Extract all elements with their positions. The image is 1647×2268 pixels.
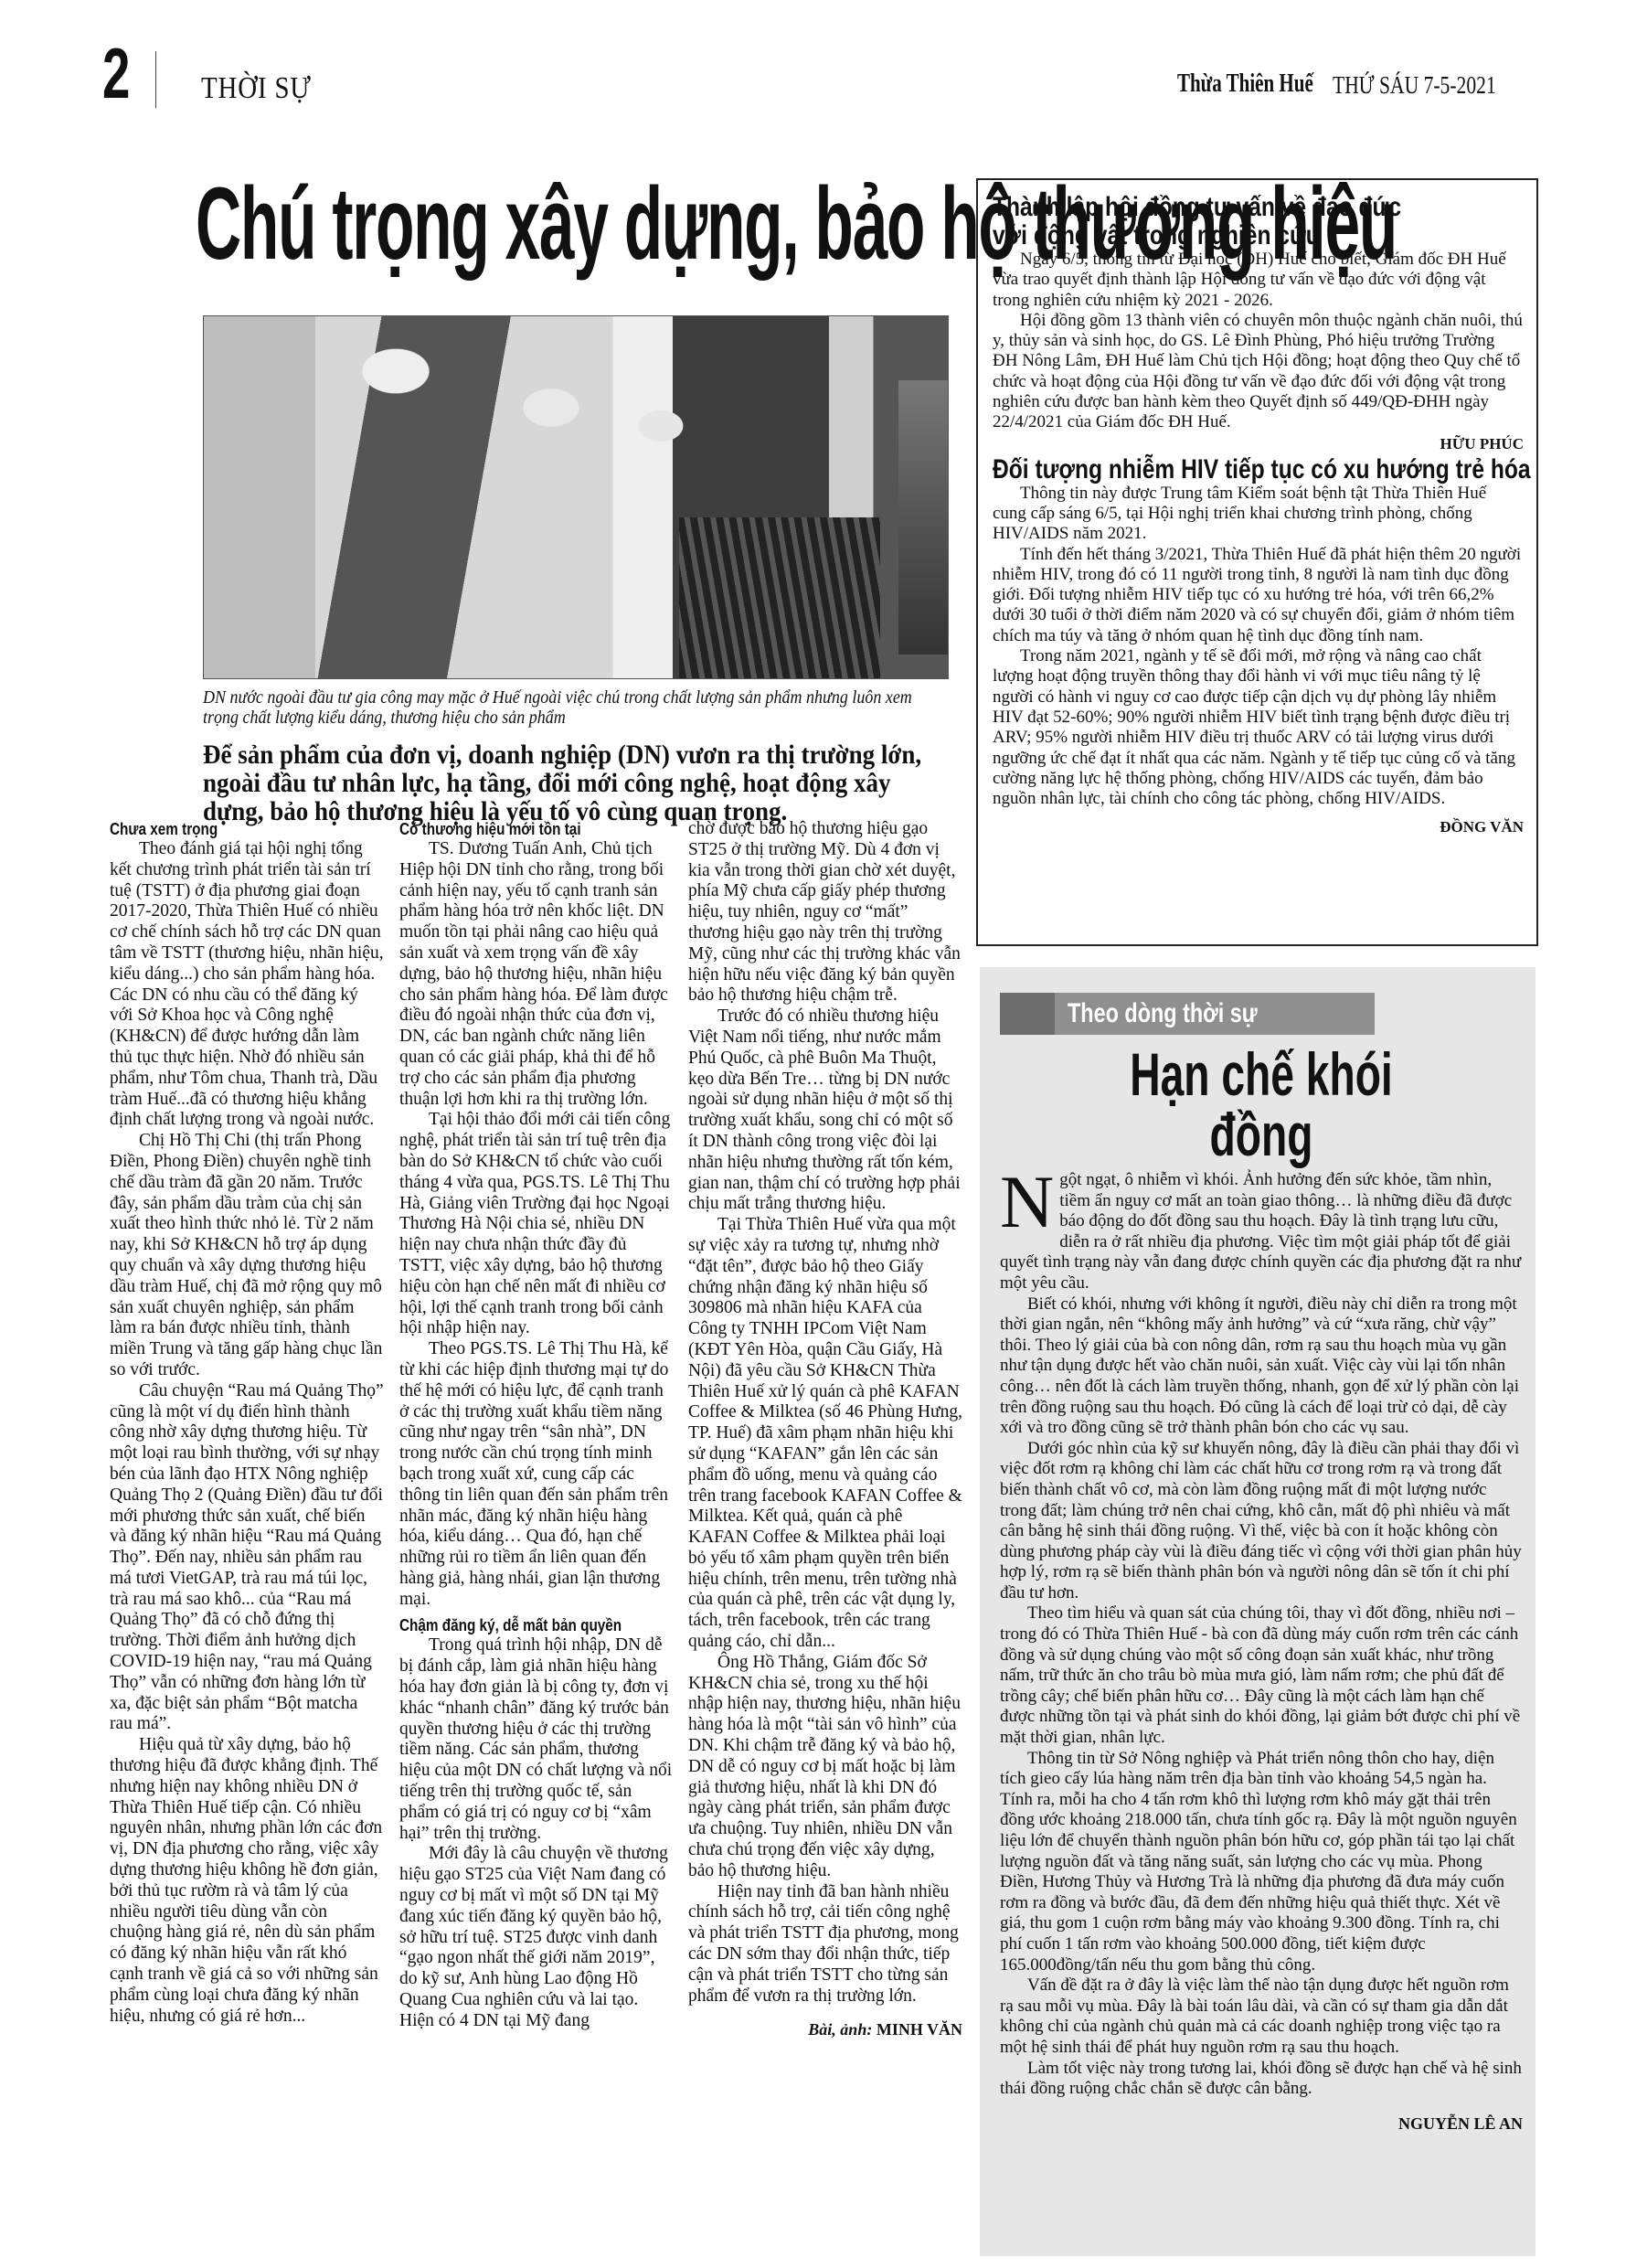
photo-visitors (898, 380, 948, 655)
main-headline: Chú trọng xây dựng, bảo hộ thương hiệu (196, 174, 887, 274)
brief-author-1: HỮU PHÚC (993, 435, 1524, 453)
subhead: Có thương hiệu mới tồn tại (399, 819, 632, 839)
article-column-2: Có thương hiệu mới tồn tại TS. Dương Tuấ… (399, 819, 674, 2032)
kicker-block (1000, 993, 1055, 1035)
paragraph: Hội đồng gồm 13 thành viên có chuyên môn… (993, 311, 1524, 433)
brief-headline-2: Đối tượng nhiễm HIV tiếp tục có xu hướng… (993, 455, 1428, 484)
photo-garments (679, 517, 880, 678)
drop-cap: N (1000, 1172, 1054, 1232)
brief-headline-1b: với động vật trong nghiên cứu (993, 221, 1428, 250)
paragraph: chờ được bảo hộ thương hiệu gạo ST25 ở t… (688, 819, 962, 1006)
paragraph: Thông tin từ Sở Nông nghiệp và Phát triể… (1000, 1749, 1523, 1976)
paragraph: Vấn đề đặt ra ở đây là việc làm thế nào … (1000, 1975, 1523, 2058)
brief-author-2: ĐỒNG VĂN (993, 818, 1524, 836)
paragraph: Câu chuyện “Rau má Quảng Thọ” cũng là mộ… (110, 1381, 384, 1736)
opinion-headline: Hạn chế khói đồng (1079, 1044, 1444, 1165)
paragraph: Hiện nay tỉnh đã ban hành nhiều chính sá… (688, 1882, 962, 2007)
byline-name: MINH VĂN (877, 2020, 962, 2039)
opinion-author: NGUYỄN LÊ AN (1000, 2114, 1523, 2134)
news-briefs-box: Thành lập hội đồng tư vấn về đạo đức với… (976, 178, 1538, 946)
paragraph: Ông Hồ Thắng, Giám đốc Sở KH&CN chia sẻ,… (688, 1653, 962, 1882)
photo-caption: DN nước ngoài đầu tư gia công may mặc ở … (203, 687, 951, 728)
subhead: Chậm đăng ký, dễ mất bản quyền (399, 1615, 632, 1635)
issue-date: THỨ SÁU 7-5-2021 (1333, 71, 1496, 100)
article-column-1: Chưa xem trọng Theo đánh giá tại hội ngh… (110, 819, 384, 2027)
article-photo (203, 315, 949, 679)
article-column-3: chờ được bảo hộ thương hiệu gạo ST25 ở t… (688, 819, 962, 2040)
paragraph: Theo tìm hiểu và quan sát của chúng tôi,… (1000, 1603, 1523, 1748)
section-title: THỜI SỰ (201, 71, 312, 106)
column-kicker: Theo dòng thời sự (1000, 993, 1375, 1035)
paragraph: Trước đó có nhiều thương hiệu Việt Nam n… (688, 1006, 962, 1215)
paragraph: Trong quá trình hội nhập, DN dễ bị đánh … (399, 1635, 674, 1844)
kicker-label: Theo dòng thời sự (1055, 993, 1375, 1035)
paragraph: Biết có khói, nhưng với không ít người, … (1000, 1294, 1523, 1439)
brief-headline-1: Thành lập hội đồng tư vấn về đạo đức (993, 193, 1428, 221)
byline-label: Bài, ảnh: (808, 2020, 872, 2039)
paragraph: Mới đây là câu chuyện về thương hiệu gạo… (399, 1844, 674, 2031)
header-divider (155, 51, 156, 108)
paragraph: Ngày 6/5, thông tin từ Đại học (ĐH) Huế … (993, 250, 1524, 311)
article-deck: Để sản phẩm của đơn vị, doanh nghiệp (DN… (203, 740, 951, 825)
paragraph: Tại hội thảo đổi mới cải tiến công nghệ,… (399, 1110, 674, 1339)
page-number: 2 (102, 37, 130, 110)
paragraph: Dưới góc nhìn của kỹ sư khuyến nông, đây… (1000, 1439, 1523, 1604)
paragraph: Theo PGS.TS. Lê Thị Thu Hà, kể từ khi cá… (399, 1339, 674, 1610)
paragraph: TS. Dương Tuấn Anh, Chủ tịch Hiệp hội DN… (399, 839, 674, 1110)
paragraph: Trong năm 2021, ngành y tế sẽ đổi mới, m… (993, 646, 1524, 809)
article-byline: Bài, ảnh: MINH VĂN (688, 2019, 962, 2040)
subhead: Chưa xem trọng (110, 819, 343, 839)
opinion-box: Theo dòng thời sự Hạn chế khói đồng Ngột… (980, 967, 1535, 2256)
paragraph: Chị Hồ Thị Chi (thị trấn Phong Điền, Pho… (110, 1131, 384, 1381)
lead-paragraph: Ngột ngạt, ô nhiễm vì khói. Ảnh hưởng đế… (1000, 1170, 1523, 1294)
newspaper-name: Thừa Thiên Huế (1177, 69, 1313, 99)
paragraph: Tính đến hết tháng 3/2021, Thừa Thiên Hu… (993, 545, 1524, 646)
paragraph: Tại Thừa Thiên Huế vừa qua một sự việc x… (688, 1215, 962, 1653)
paragraph: Làm tốt việc này trong tương lai, khói đ… (1000, 2059, 1523, 2100)
paragraph: Thông tin này được Trung tâm Kiểm soát b… (993, 484, 1524, 545)
paragraph: Hiệu quả từ xây dựng, bảo hộ thương hiệu… (110, 1735, 384, 2027)
paragraph: Theo đánh giá tại hội nghị tổng kết chươ… (110, 839, 384, 1131)
